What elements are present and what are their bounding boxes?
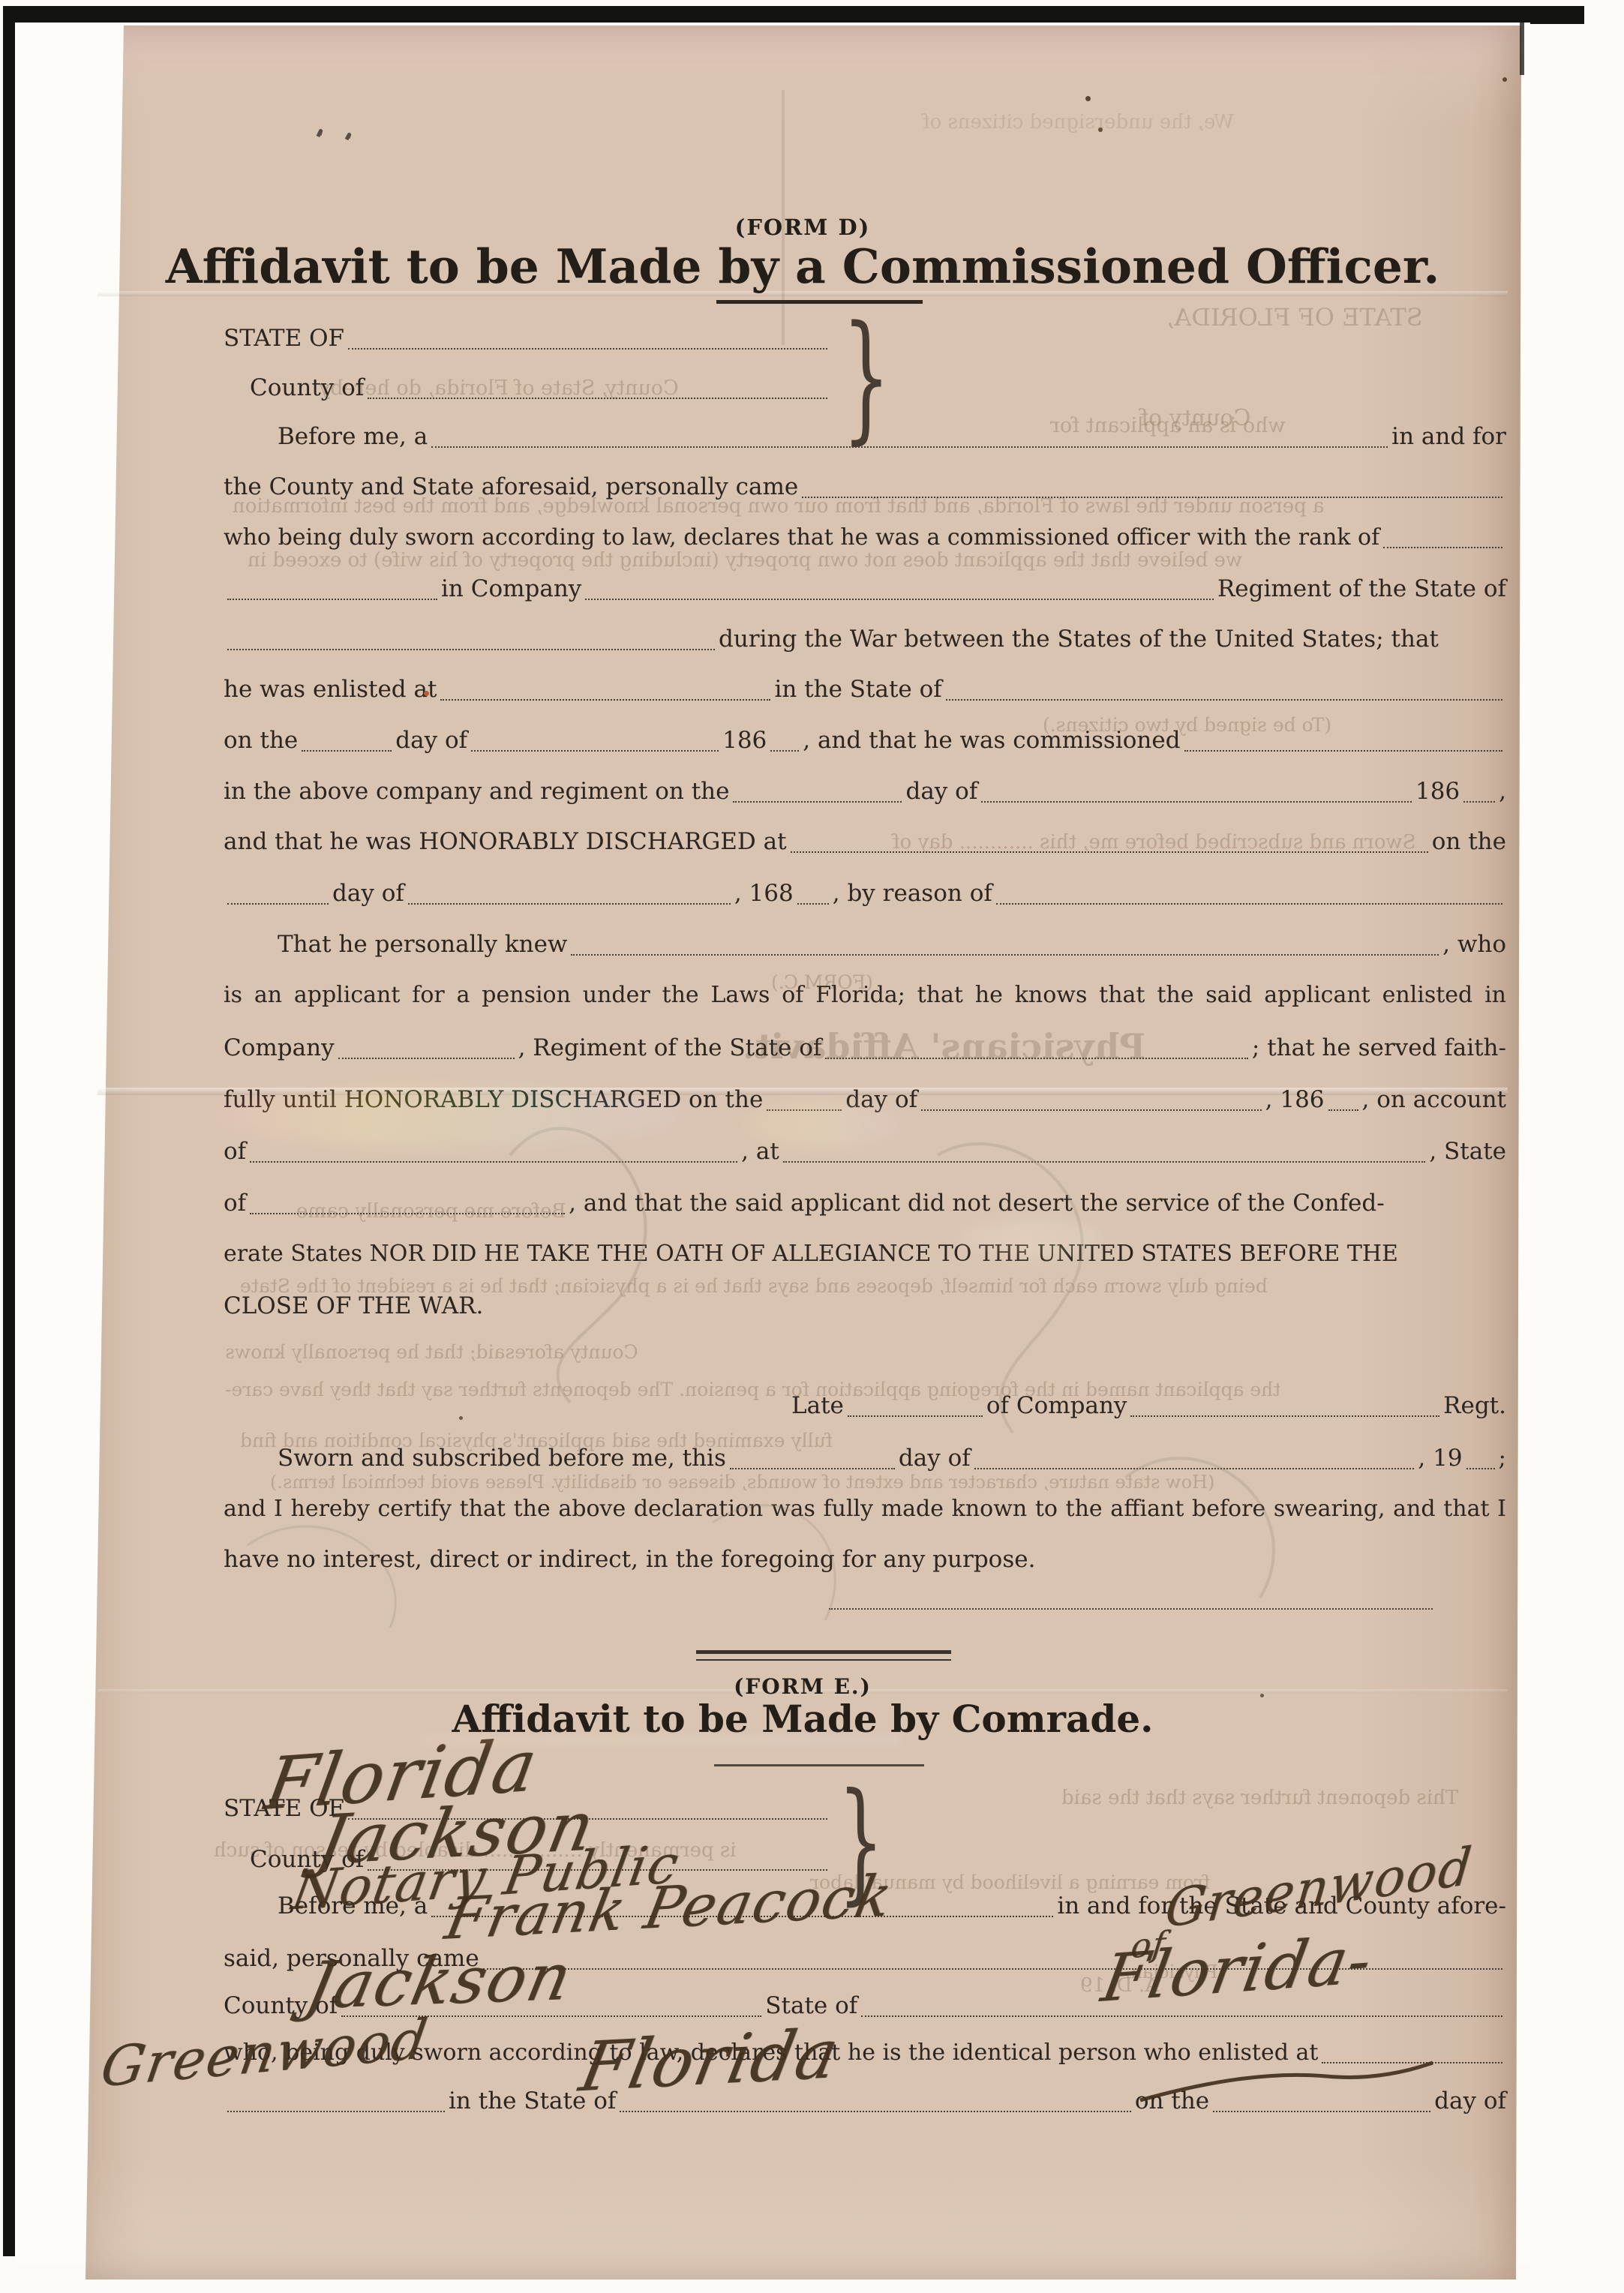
blank-field <box>1322 2060 1502 2063</box>
blank-field <box>408 902 731 905</box>
form-line: That he personally knew , who <box>224 930 1506 959</box>
blank-field <box>471 749 719 752</box>
field-label: day of <box>395 726 467 755</box>
form-line: is an applicant for a pension under the … <box>224 981 1506 1010</box>
form-line: who being duly sworn according to law, d… <box>224 524 1506 552</box>
field-label: Late <box>791 1391 844 1421</box>
form-line: day of , 168 , by reason of <box>224 879 1506 908</box>
blank-field <box>227 902 329 905</box>
field-label: ; <box>1499 1444 1506 1473</box>
form-line: CLOSE OF THE WAR. <box>224 1292 1506 1321</box>
form-line: in the State of on the day of <box>224 2087 1506 2116</box>
field-label: and that he was HONORABLY DISCHARGED at <box>224 827 787 857</box>
field-label: of <box>224 1137 246 1166</box>
blank-field <box>227 597 437 600</box>
field-label: STATE OF <box>224 324 344 353</box>
form-line: and that he was HONORABLY DISCHARGED at … <box>224 827 1506 857</box>
form-line: in Company Regiment of the State of <box>224 575 1506 604</box>
field-label: in the State of <box>774 675 941 704</box>
field-label: in and for <box>1391 422 1506 452</box>
field-label: , who <box>1442 930 1506 959</box>
paper-speck <box>1085 96 1091 101</box>
form-line: on the day of 186 , and that he was comm… <box>224 726 1506 755</box>
field-label: , State <box>1429 1137 1506 1166</box>
blank-field <box>338 1056 515 1059</box>
ghost-text: We, the undersigned citizens of <box>923 111 1234 134</box>
blank-field <box>571 953 1439 956</box>
blank-field <box>440 698 770 701</box>
field-label: , 19 <box>1418 1444 1462 1473</box>
ghost-text: (How state nature, character and extent … <box>270 1472 1214 1493</box>
blank-field <box>348 347 827 350</box>
field-label: ; that he served faith- <box>1252 1034 1506 1063</box>
field-label: on the <box>1135 2087 1209 2116</box>
field-label: day of <box>1434 2087 1506 2116</box>
field-label: Regt. <box>1443 1391 1506 1421</box>
title-rule <box>716 300 923 304</box>
field-label: , and that he was commissioned <box>803 726 1180 755</box>
blank-field <box>802 495 1502 498</box>
blank-field <box>829 1607 1433 1610</box>
field-label: , and that the said applicant did not de… <box>569 1189 1385 1218</box>
signature-line <box>825 1607 1436 1613</box>
blank-field <box>797 902 829 905</box>
field-label: County of <box>250 374 364 403</box>
field-label: 186 <box>1415 777 1460 806</box>
field-label: on the <box>1432 827 1506 857</box>
form-line: Company , Regiment of the State of ; tha… <box>224 1034 1506 1063</box>
blank-field <box>996 902 1502 905</box>
blank-field <box>227 647 715 650</box>
field-label: day of <box>905 777 977 806</box>
blank-field <box>368 396 827 399</box>
blank-field <box>861 2014 1502 2017</box>
field-label: fully until HONORABLY DISCHARGED on the <box>224 1085 763 1115</box>
blank-field <box>783 1160 1426 1163</box>
field-label: Sworn and subscribed before me, this <box>278 1444 726 1473</box>
field-label: of Company <box>986 1391 1127 1421</box>
scan-frame-top <box>3 6 1584 24</box>
blank-field <box>227 2109 445 2112</box>
field-label: , Regiment of the State of <box>518 1034 822 1063</box>
handwritten-county-2: Jackson <box>299 1939 579 2024</box>
blank-field <box>921 1108 1262 1111</box>
form-line: and I hereby certify that the above decl… <box>224 1495 1506 1523</box>
blank-field <box>946 698 1502 701</box>
form-line: Before me, a in and for <box>224 422 1506 452</box>
form-line: County of <box>250 374 831 403</box>
field-label: have no interest, direct or indirect, in… <box>224 1545 1035 1574</box>
form-line: during the War between the States of the… <box>224 625 1506 654</box>
blank-field <box>250 1160 737 1163</box>
blank-field <box>302 749 392 752</box>
form-d-title: Affidavit to be Made by a Commissioned O… <box>98 239 1508 294</box>
blank-field <box>1328 1108 1358 1111</box>
blank-field <box>1213 2109 1430 2112</box>
blank-field <box>974 1466 1415 1469</box>
blank-field <box>1463 800 1495 803</box>
field-label: , at <box>741 1137 779 1166</box>
field-label: Company <box>224 1034 335 1063</box>
blank-field <box>791 850 1428 853</box>
form-line: of , at , State <box>224 1137 1506 1166</box>
field-label: , on account <box>1362 1085 1506 1115</box>
title-rule <box>714 1764 924 1766</box>
form-line: have no interest, direct or indirect, in… <box>224 1545 1506 1574</box>
field-label: CLOSE OF THE WAR. <box>224 1292 483 1321</box>
field-label: day of <box>332 879 404 908</box>
field-label: 186 <box>722 726 767 755</box>
form-line: Late of Company Regt. <box>791 1391 1506 1421</box>
field-label: the County and State aforesaid, personal… <box>224 473 798 502</box>
blank-field <box>1184 749 1502 752</box>
form-line: he was enlisted at in the State of <box>224 675 1506 704</box>
field-label: day of <box>845 1085 917 1115</box>
form-line: in the above company and regiment on the… <box>224 777 1506 806</box>
section-divider <box>696 1650 951 1661</box>
ghost-text: STATE OF FLORIDA, <box>1166 303 1423 332</box>
form-line: erate States NOR DID HE TAKE THE OATH OF… <box>224 1240 1506 1268</box>
blank-field <box>585 597 1214 600</box>
blank-field <box>825 1056 1248 1059</box>
field-label: day of <box>899 1444 971 1473</box>
paper-speck <box>424 691 429 696</box>
form-line: Sworn and subscribed before me, this day… <box>224 1444 1506 1473</box>
paper-speck <box>459 1416 463 1420</box>
field-label: on the <box>224 726 298 755</box>
field-label: Regiment of the State of <box>1217 575 1506 604</box>
form-line: fully until HONORABLY DISCHARGED on the … <box>224 1085 1506 1115</box>
blank-field <box>733 800 902 803</box>
paper-speck <box>1098 128 1103 132</box>
blank-field <box>1466 1466 1495 1469</box>
blank-field <box>848 1414 983 1417</box>
field-label: , by reason of <box>833 879 992 908</box>
form-d-label: (FORM D) <box>98 215 1508 240</box>
ghost-text: we believe that the applicant does not o… <box>248 549 1242 572</box>
field-label: , <box>1499 777 1506 806</box>
blank-field <box>770 749 799 752</box>
field-label: in the above company and regiment on the <box>224 777 729 806</box>
blank-field <box>431 445 1388 448</box>
blank-field <box>620 2109 1131 2112</box>
field-label: erate States NOR DID HE TAKE THE OATH OF… <box>224 1240 1398 1268</box>
form-line: the County and State aforesaid, personal… <box>224 473 1506 502</box>
paper-speck <box>1502 77 1507 82</box>
field-label: who being duly sworn according to law, d… <box>224 524 1379 552</box>
field-label: , 186 <box>1265 1085 1325 1115</box>
ghost-text: This deponent further says that the said <box>1061 1787 1458 1809</box>
field-label: of <box>224 1189 246 1218</box>
blank-field <box>1383 545 1502 548</box>
form-line: of , and that the said applicant did not… <box>224 1189 1506 1218</box>
field-label: in Company <box>441 575 581 604</box>
ghost-text: County aforesaid; that he personally kno… <box>225 1341 638 1363</box>
field-label: Before me, a <box>278 422 428 452</box>
page-edge-shadow <box>1520 23 1524 75</box>
paper-speck <box>1260 1694 1264 1697</box>
blank-field <box>250 1211 565 1214</box>
field-label: That he personally knew <box>278 930 567 959</box>
scanned-document-canvas: We, the undersigned citizens of STATE OF… <box>0 0 1624 2293</box>
handwritten-state-3: Florida <box>574 2014 846 2107</box>
blank-field <box>767 1108 842 1111</box>
field-label: he was enlisted at <box>224 675 437 704</box>
blank-field <box>1130 1414 1439 1417</box>
field-label: during the War between the States of the… <box>719 625 1439 654</box>
field-label: , 168 <box>734 879 794 908</box>
form-line: STATE OF <box>224 324 831 353</box>
blank-field <box>981 800 1412 803</box>
form-e-title: Affidavit to be Made by Comrade. <box>98 1697 1508 1741</box>
blank-field <box>730 1466 895 1469</box>
form-e-label: (FORM E.) <box>98 1674 1508 1699</box>
